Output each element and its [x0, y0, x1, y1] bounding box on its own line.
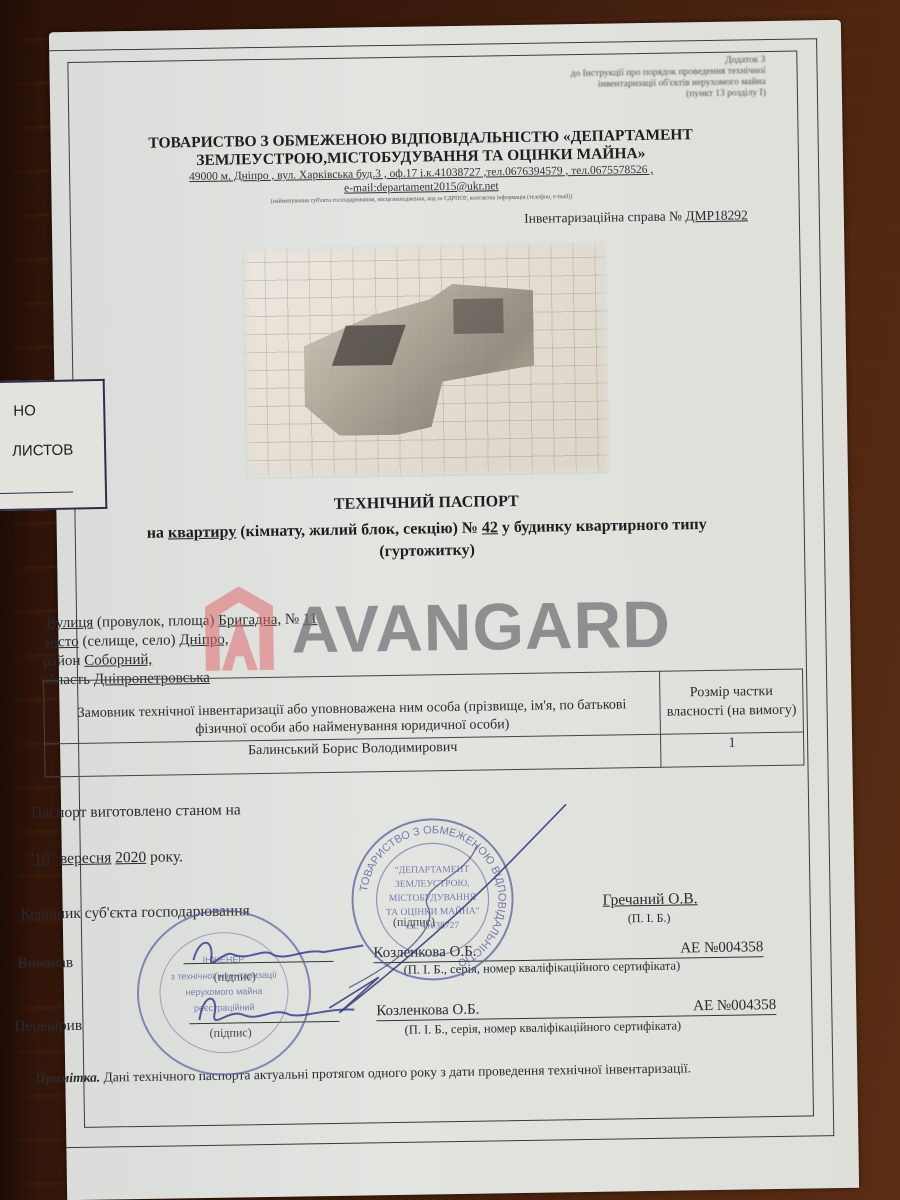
- city-value: Дніпро,: [179, 632, 228, 649]
- inventory-case-number: ДМР18292: [685, 207, 748, 223]
- issued-day: 10: [34, 850, 50, 867]
- issued-label: Паспорт виготовлено станом на: [31, 801, 241, 822]
- document-page: Додаток 3 до Інструкції про порядок пров…: [49, 20, 859, 1200]
- owners-table: Замовник технічної інвентаризації або уп…: [43, 669, 804, 778]
- table-header-row: Замовник технічної інвентаризації або уп…: [44, 669, 804, 744]
- owner-share-cell: 1: [660, 732, 804, 767]
- house-label: №: [285, 611, 300, 627]
- share-column-header: Розмір частки власності (на вимогу): [659, 669, 803, 734]
- checker-certificate: АЕ №004358: [693, 997, 776, 1015]
- owner-column-header: Замовник технічної інвентаризації або уп…: [44, 671, 661, 744]
- street-value: Бригадна,: [218, 612, 281, 629]
- head-name: Гречаний О.В.: [602, 890, 697, 909]
- sticker-line: ЛИСТОВ: [12, 442, 73, 460]
- inventory-case-label: Інвентаризаційна справа №: [524, 208, 682, 225]
- appendix-note: Додаток 3 до Інструкції про порядок пров…: [570, 55, 766, 102]
- executor-label: Виконав: [17, 954, 73, 973]
- sticker-underline: [0, 492, 73, 495]
- checker-label: Перевірив: [14, 1017, 82, 1036]
- sticker-line: НО: [13, 402, 36, 419]
- apartment-number: 42: [482, 519, 498, 536]
- furniture-shape: [453, 298, 504, 334]
- city-label: місто: [44, 634, 78, 651]
- street-note: (провулок, площа): [97, 613, 215, 631]
- apartment-illustration: [242, 242, 610, 480]
- street-label: Вулиця: [46, 615, 93, 632]
- issued-month: вересня: [60, 849, 112, 867]
- subtitle-middle: (кімнату, жилий блок, секцію) №: [240, 520, 478, 541]
- executor-certificate: АЕ №004358: [680, 939, 763, 957]
- head-signature: [316, 794, 580, 1048]
- subtitle-suffix: у будинку квартирного типу: [502, 516, 707, 536]
- signature-stroke: [347, 846, 479, 988]
- note-label: Примітка.: [35, 1070, 100, 1086]
- head-caption: (П. І. Б.): [628, 911, 671, 927]
- side-sticker: НО ЛИСТОВ: [0, 379, 107, 511]
- district-label: район: [43, 653, 81, 670]
- subtitle-object: квартиру: [168, 523, 237, 541]
- issued-suffix: року.: [150, 848, 183, 866]
- city-note: (селище, село): [82, 632, 175, 649]
- house-value: 11: [303, 611, 318, 627]
- district-value: Соборний,: [84, 652, 152, 669]
- issued-date: "10" вересня 2020 року.: [28, 848, 183, 868]
- head-signature-icon: [326, 804, 569, 1013]
- subtitle-prefix: на: [147, 525, 164, 542]
- issued-year: 2020: [115, 849, 146, 866]
